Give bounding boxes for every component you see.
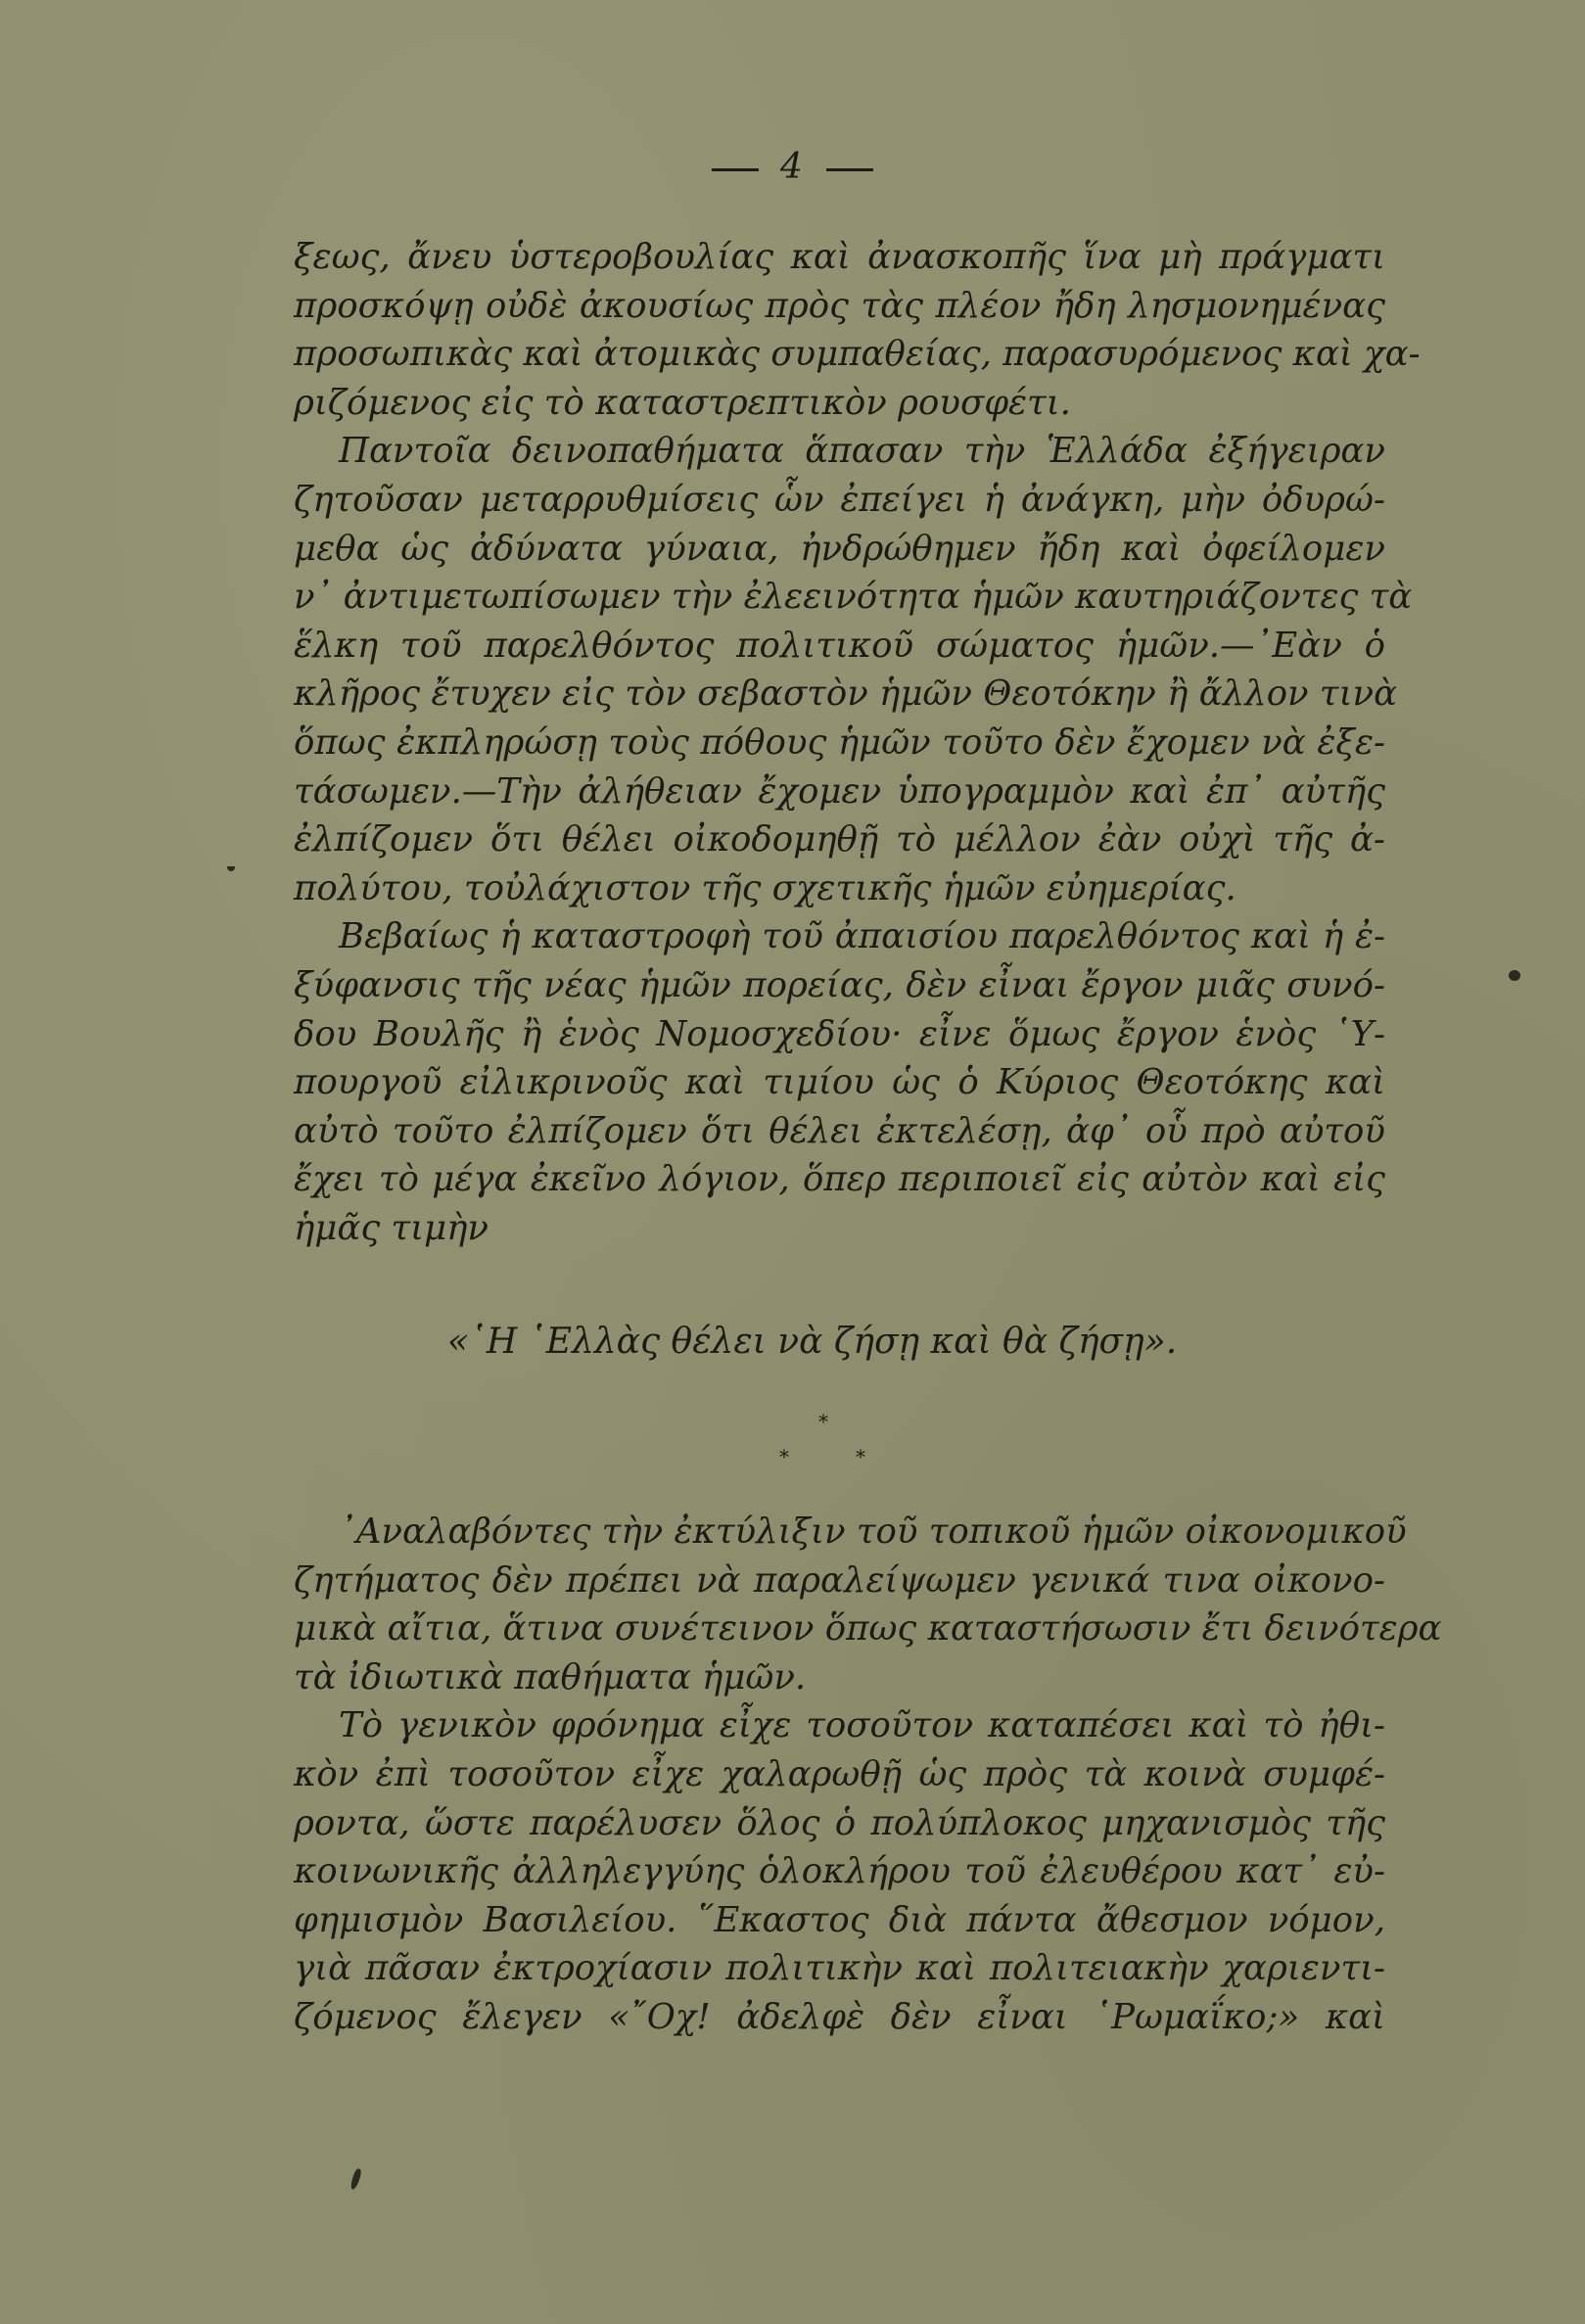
- page-number-header: 4: [0, 147, 1585, 187]
- text-line: πολύτου, τοὐλάχιστον τῆς σχετικῆς ἡμῶν ε…: [294, 864, 1385, 913]
- text-line: ζητοῦσαν μεταρρυθμίσεις ὧν ἐπείγει ἡ ἀνά…: [294, 476, 1385, 525]
- text-line: ριζόμενος εἰς τὸ καταστρεπτικὸν ρουσφέτι…: [294, 379, 1385, 428]
- text-line: ν᾿ ἀντιμετωπίσωμεν τὴν ἐλεεινότητα ἡμῶν …: [294, 573, 1385, 622]
- text-line: Βεβαίως ἡ καταστροφὴ τοῦ ἀπαισίου παρελθ…: [294, 912, 1385, 961]
- text-line: κὸν ἐπὶ τοσοῦτον εἶχε χαλαρωθῇ ὡς πρὸς τ…: [294, 1750, 1385, 1799]
- text-line: ξύφανσις τῆς νέας ἡμῶν πορείας, δὲν εἶνα…: [294, 961, 1385, 1010]
- text-line: ἕλκη τοῦ παρελθόντος πολιτικοῦ σώματος ἡ…: [294, 622, 1385, 671]
- paragraph-block-2: ᾿Αναλαβόντες τὴν ἐκτύλιξιν τοῦ τοπικοῦ ἡ…: [294, 1508, 1385, 2042]
- text-line: δου Βουλῆς ἢ ἑνὸς Νομοσχεδίου· εἶνε ὅμως…: [294, 1010, 1385, 1059]
- book-page: 4 ξεως, ἄνευ ὑστεροβουλίας καὶ ἀνασκοπῆς…: [0, 0, 1585, 2324]
- text-line: τάσωμεν.—Τὴν ἀλήθειαν ἔχομεν ὑπογραμμὸν …: [294, 767, 1385, 816]
- text-line: προσωπικὰς καὶ ἀτομικὰς συμπαθείας, παρα…: [294, 330, 1385, 379]
- text-line: Τὸ γενικὸν φρόνημα εἶχε τοσοῦτον καταπέσ…: [294, 1701, 1385, 1750]
- ink-speck: [350, 2167, 362, 2190]
- text-line: ξεως, ἄνευ ὑστεροβουλίας καὶ ἀνασκοπῆς ἵ…: [294, 233, 1385, 282]
- text-line: ροντα, ὥστε παρέλυσεν ὅλος ὁ πολύπλοκος …: [294, 1799, 1385, 1848]
- text-line: προσκόψῃ οὐδὲ ἀκουσίως πρὸς τὰς πλέον ἤδ…: [294, 282, 1385, 331]
- star-icon: *: [856, 1447, 865, 1466]
- text-line: ζόμενος ἔλεγεν «῎Οχ! ἀδελφὲ δὲν εἶναι ῾Ρ…: [294, 1993, 1385, 2042]
- text-line: πουργοῦ εἰλικρινοῦς καὶ τιμίου ὡς ὁ Κύρι…: [294, 1058, 1385, 1107]
- text-line: ὅπως ἐκπληρώσῃ τοὺς πόθους ἡμῶν τοῦτο δὲ…: [294, 719, 1385, 767]
- text-line: κλῆρος ἔτυχεν εἰς τὸν σεβαστὸν ἡμῶν Θεοτ…: [294, 670, 1385, 719]
- text-line: ἡμᾶς τιμὴν: [294, 1204, 1385, 1253]
- star-icon: *: [818, 1412, 828, 1431]
- text-line: ἔχει τὸ μέγα ἐκεῖνο λόγιον, ὅπερ περιποι…: [294, 1155, 1385, 1204]
- page-number: 4: [780, 147, 805, 187]
- text-line: μικὰ αἴτια, ἅτινα συνέτεινον ὅπως καταστ…: [294, 1604, 1385, 1653]
- text-line: Παντοῖα δεινοπαθήματα ἅπασαν τὴν Ἑλλάδα …: [294, 427, 1385, 476]
- ink-speck: [1509, 970, 1520, 981]
- text-line: τὰ ἰδιωτικὰ παθήματα ἡμῶν.: [294, 1653, 1385, 1702]
- text-line: φημισμὸν Βασιλείου. ῞Εκαστος διὰ πάντα ἄ…: [294, 1896, 1385, 1945]
- text-line: μεθα ὡς ἀδύνατα γύναια, ἠνδρώθημεν ἤδη κ…: [294, 525, 1385, 574]
- star-icon: *: [779, 1447, 789, 1466]
- left-dash: [712, 168, 759, 171]
- right-dash: [826, 168, 873, 171]
- text-line: αὐτὸ τοῦτο ἐλπίζομεν ὅτι θέλει ἐκτελέσῃ,…: [294, 1107, 1385, 1156]
- motto-quote: «῾Η ῾Ελλὰς θέλει νὰ ζήσῃ καὶ θὰ ζήσῃ».: [0, 1322, 1585, 1362]
- text-line: ἐλπίζομεν ὅτι θέλει οἰκοδομηθῇ τὸ μέλλον…: [294, 815, 1385, 864]
- paragraph-block-1: ξεως, ἄνευ ὑστεροβουλίας καὶ ἀνασκοπῆς ἵ…: [294, 233, 1385, 1252]
- text-line: κοινωνικῆς ἀλληλεγγύης ὁλοκλήρου τοῦ ἐλε…: [294, 1847, 1385, 1896]
- text-line: γιὰ πᾶσαν ἐκτροχίασιν πολιτικὴν καὶ πολι…: [294, 1944, 1385, 1993]
- section-separator-asterism: * * *: [773, 1410, 891, 1488]
- text-line: ᾿Αναλαβόντες τὴν ἐκτύλιξιν τοῦ τοπικοῦ ἡ…: [294, 1508, 1385, 1557]
- text-line: ζητήματος δὲν πρέπει νὰ παραλείψωμεν γεν…: [294, 1557, 1385, 1605]
- ink-speck: [227, 866, 235, 871]
